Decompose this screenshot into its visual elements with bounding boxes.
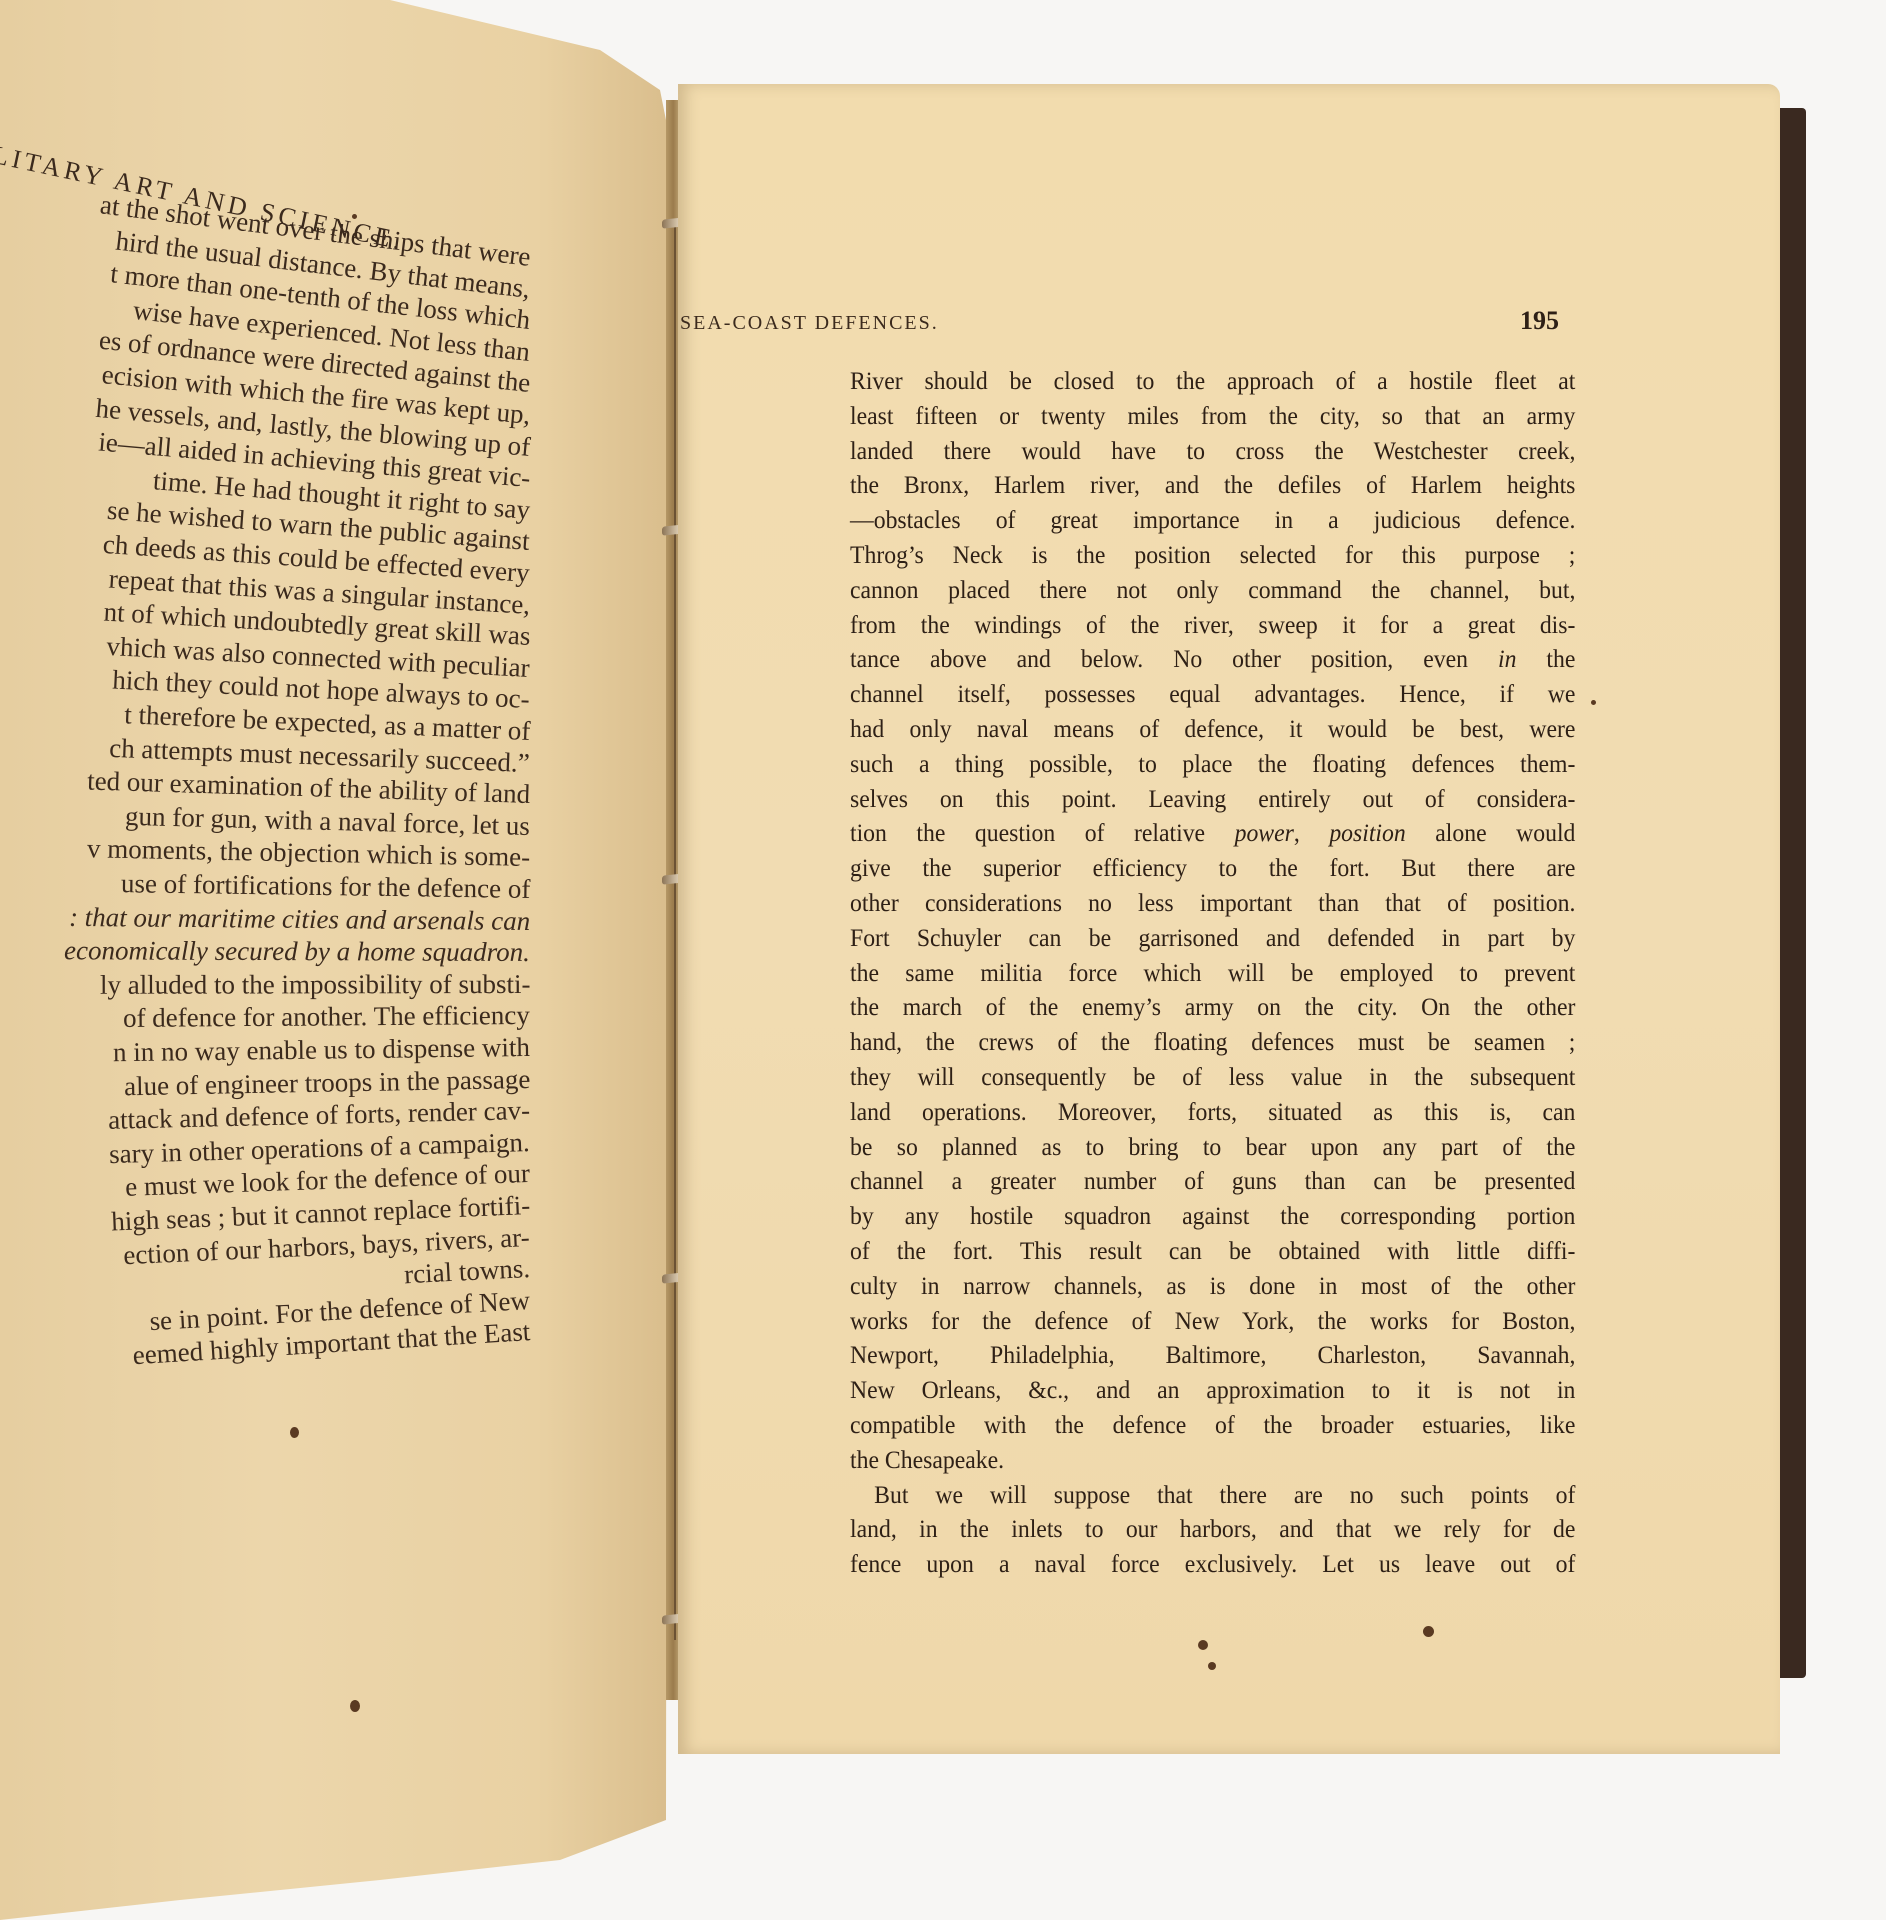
body-text-line: —obstacles of great importance in a judi… [850,503,1575,538]
body-text-line: channel a greater number of guns than ca… [850,1164,1575,1199]
foxing-spot [1423,1626,1434,1637]
body-text-line: New Orleans, &c., and an approximation t… [850,1373,1575,1408]
body-text-line: Newport, Philadelphia, Baltimore, Charle… [850,1338,1575,1373]
body-text-line: other considerations no less important t… [850,886,1575,921]
body-text-line: of the fort. This result can be obtained… [850,1234,1575,1269]
body-text-line: tion the question of relative power, pos… [850,816,1575,851]
foxing-spot [1591,700,1596,705]
body-text-line: be so planned as to bring to bear upon a… [850,1130,1575,1165]
body-text-line: Throg’s Neck is the position selected fo… [850,538,1575,573]
body-text-line: hand, the crews of the floating defences… [850,1025,1575,1060]
body-text-line: least fifteen or twenty miles from the c… [850,399,1575,434]
body-text-line: land operations. Moreover, forts, situat… [850,1095,1575,1130]
left-text-line: n in no way enable us to dispense with [113,1032,530,1068]
body-text-line: land, in the inlets to our harbors, and … [850,1512,1575,1547]
binding-thread [674,220,676,1640]
left-text-line: economically secured by a home squadron. [64,935,530,968]
open-book-photo: LITARY ART AND SCIENCE. at the shot went… [0,0,1886,1920]
left-text-line: use of fortifications for the defence of [120,868,530,905]
left-page-text: LITARY ART AND SCIENCE. at the shot went… [0,0,672,1920]
body-text-line: cannon placed there not only command the… [850,573,1575,608]
book-cover-edge [1776,108,1806,1678]
left-text-line: rcial towns. [403,1253,530,1290]
body-text-line: compatible with the defence of the broad… [850,1408,1575,1443]
body-text-line: landed there would have to cross the Wes… [850,434,1575,469]
page-number: 195 [1520,306,1559,336]
right-running-head: SEA-COAST DEFENCES. [680,312,939,335]
foxing-spot [1198,1640,1208,1650]
body-text-line: selves on this point. Leaving entirely o… [850,782,1575,817]
body-text-line: the Chesapeake. [850,1443,1575,1478]
body-text-line: works for the defence of New York, the w… [850,1304,1575,1339]
body-text-line: the Bronx, Harlem river, and the defiles… [850,468,1575,503]
body-text-line: from the windings of the river, sweep it… [850,608,1575,643]
body-text-line: channel itself, possesses equal advantag… [850,677,1575,712]
body-text-line: culty in narrow channels, as is done in … [850,1269,1575,1304]
body-text-line: the same militia force which will be emp… [850,956,1575,991]
body-text-line: River should be closed to the approach o… [850,364,1575,399]
body-text-line: fence upon a naval force exclusively. Le… [850,1547,1575,1582]
body-text-line: tance above and below. No other position… [850,642,1575,677]
body-text-line: such a thing possible, to place the floa… [850,747,1575,782]
left-text-line: ly alluded to the impossibility of subst… [99,969,530,1001]
left-text-line: of defence for another. The efficiency [123,1000,530,1034]
right-page-body: River should be closed to the approach o… [850,364,1576,1582]
body-text-line: by any hostile squadron against the corr… [850,1199,1575,1234]
body-text-line: But we will suppose that there are no su… [850,1478,1575,1513]
foxing-spot [1208,1662,1216,1670]
left-text-line: : that our maritime cities and arsenals … [69,901,530,936]
body-text-line: the march of the enemy’s army on the cit… [850,990,1575,1025]
body-text-line: they will consequently be of less value … [850,1060,1575,1095]
body-text-line: give the superior efficiency to the fort… [850,851,1575,886]
body-text-line: Fort Schuyler can be garrisoned and defe… [850,921,1575,956]
body-text-line: had only naval means of defence, it woul… [850,712,1575,747]
